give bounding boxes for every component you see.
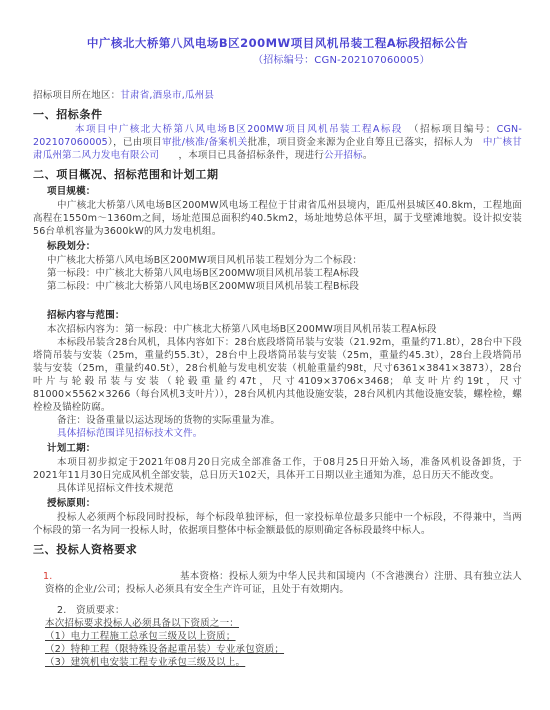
project-location-line: 招标项目所在地区：甘肃省,酒泉市,瓜州县 bbox=[33, 89, 522, 102]
project-name-text: 本项目中广核北大桥第八风电场B区200MW项目风机吊装工程A标段 bbox=[75, 124, 403, 135]
scope-intro-line: 本次招标内容为：第一标段：中广核北大桥第八风电场B区200MW项目风机吊装工程A… bbox=[47, 323, 522, 336]
conditions-text: ，本项目已具备招标条件，现进行 bbox=[159, 150, 324, 161]
period-mark: 。 bbox=[363, 150, 373, 161]
basic-qualification-item: 1. 基本资格：投标人须为中华人民共和国境内（不含港澳台）注册、具有独立法人资格… bbox=[33, 570, 522, 596]
approval-authority-text: 审批/核准/备案机关 bbox=[162, 137, 247, 148]
tender-no-label: （招标项目编号： bbox=[403, 124, 497, 135]
award-principle-heading: 授标原则： bbox=[47, 497, 522, 511]
tender-number: （招标编号：CGN-202107060005） bbox=[33, 54, 522, 68]
section3-heading: 三、投标人资格要求 bbox=[33, 542, 522, 558]
qualification-option-1: （1）电力工程施工总承包三级及以上资质； bbox=[45, 630, 522, 643]
tender-conditions-paragraph: 本项目中广核北大桥第八风电场B区200MW项目风机吊装工程A标段 （招标项目编号… bbox=[33, 123, 522, 162]
approval-text-1: ），已由项目 bbox=[108, 137, 162, 148]
location-label: 招标项目所在地区： bbox=[33, 90, 120, 101]
schedule-note-line: 具体详见招标文件技术规范 bbox=[57, 482, 522, 495]
page-title: 中广核北大桥第八风电场B区200MW项目风机吊装工程A标段招标公告 bbox=[33, 36, 522, 51]
qualification-requirement-label: 2. 资质要求： bbox=[57, 604, 522, 617]
project-scale-heading: 项目规模： bbox=[47, 185, 522, 199]
schedule-paragraph: 本项目初步拟定于2021年08月20日完成全部准备工作，于08月25日开始入场，… bbox=[33, 456, 522, 482]
tender-announcement-page: 中广核北大桥第八风电场B区200MW项目风机吊装工程A标段招标公告 （招标编号：… bbox=[0, 0, 550, 710]
scope-note-line: 备注：设备重量以运达现场的货物的实际重量为准。 bbox=[57, 414, 522, 427]
open-bidding-text: 公开招标 bbox=[324, 150, 363, 161]
lot-division-intro: 中广核北大桥第八风电场B区200MW项目风机吊装工程划分为二个标段： bbox=[47, 254, 522, 267]
tech-file-link[interactable]: 具体招标范围详见招标技术文件。 bbox=[57, 427, 522, 440]
section1-heading: 一、招标条件 bbox=[33, 107, 522, 123]
basic-qualification-text: 基本资格：投标人须为中华人民共和国境内（不含港澳台）注册、具有独立法人资格的企业… bbox=[45, 570, 522, 596]
qualification-intro-line: 本次招标要求投标人必须具备以下资质之一： bbox=[45, 617, 522, 630]
project-scale-paragraph: 中广核北大桥第八风电场B区200MW风电场工程位于甘肃省瓜州县境内，距瓜州县城区… bbox=[33, 199, 522, 238]
funding-text: 批准，项目资金来源为企业自筹且已落实，招标人为 bbox=[248, 137, 483, 148]
spacer bbox=[33, 293, 522, 307]
section2-heading: 二、项目概况、招标范围和计划工期 bbox=[33, 167, 522, 183]
award-principle-paragraph: 投标人必须两个标段同时投标，每个标段单独评标，但一家投标单位最多只能中一个标段，… bbox=[33, 511, 522, 537]
qualification-option-2: （2）特种工程（限特殊设备起重吊装）专业承包资质； bbox=[45, 643, 522, 656]
scope-detail-paragraph: 本标段吊装含28台风机，具体内容如下：28台底段塔筒吊装与安装（21.92m，重… bbox=[33, 336, 522, 414]
location-value: 甘肃省,酒泉市,瓜州县 bbox=[120, 90, 214, 101]
scope-heading: 招标内容与范围： bbox=[47, 309, 522, 323]
schedule-heading: 计划工期： bbox=[47, 442, 522, 456]
lot-2-line: 第二标段：中广核北大桥第八风电场B区200MW项目风机吊装工程B标段 bbox=[47, 280, 522, 293]
list-number-1: 1. bbox=[43, 570, 52, 583]
lot-1-line: 第一标段：中广核北大桥第八风电场B区200MW项目风机吊装工程A标段 bbox=[47, 267, 522, 280]
lot-division-heading: 标段划分： bbox=[47, 240, 522, 254]
qualification-option-3: （3）建筑机电安装工程专业承包三级及以上。 bbox=[45, 656, 522, 669]
